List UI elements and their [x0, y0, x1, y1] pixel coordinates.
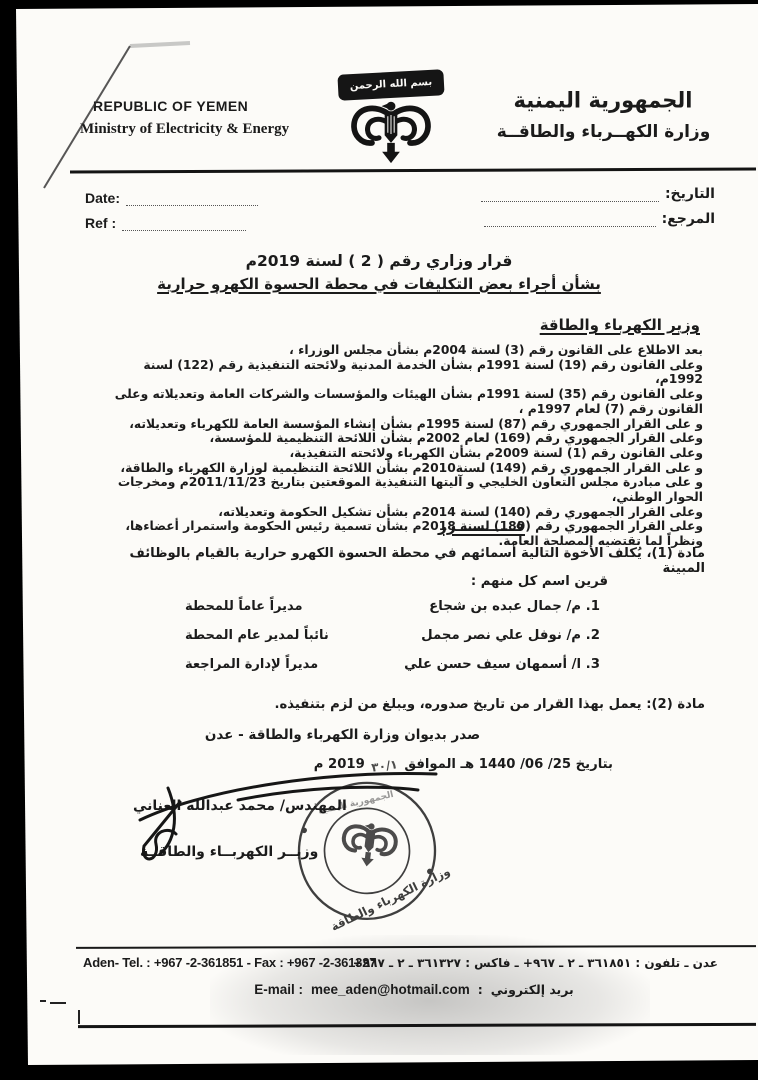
preamble-line: وعلى القرار الجمهوري رقم (140) لسنة 2014…	[95, 505, 703, 520]
preamble-line: وعلى القانون رقم (35) لسنة 1991م بشأن ال…	[95, 387, 703, 416]
preamble-line: و على مبادرة مجلس التعاون الخليجي و آليت…	[95, 475, 703, 504]
appointment-role: مديراً لإدارة المراجعة	[185, 657, 353, 672]
decree-title: قرار وزاري رقم ( 2 ) لسنة 2019م بشأن أجر…	[120, 252, 638, 293]
email-label-en: E-mail :	[254, 982, 303, 997]
appointment-name: 1. م/ جمال عبده بن شجاع	[353, 599, 600, 614]
preamble-line: و على القرار الجمهوري رقم (87) لسنة 1995…	[95, 417, 703, 432]
email-label-ar: بريد إلكتروني	[491, 982, 574, 997]
preamble-line: وعلى القانون رقم (19) لسنة 1991م بشأن ال…	[95, 358, 703, 387]
header-arabic-ministry: وزارة الكهــرباء والطاقــة	[491, 122, 716, 142]
footer-email-line: E-mail : mee_aden@hotmail.com : بريد إلك…	[180, 982, 648, 997]
preamble-line: وعلى القرار الجمهوري رقم (180) لسنة 2018…	[95, 519, 703, 534]
decision-word: قـــــــــــرر	[438, 517, 525, 535]
appointment-row: مديراً لإدارة المراجعة 3. ا/ أسمهان سيف …	[185, 657, 600, 686]
authority-heading: وزير الكهرباء والطاقة	[540, 316, 700, 334]
appointment-role: نائباً لمدير عام المحطة	[185, 628, 353, 643]
date-fill-line-ar	[481, 187, 659, 202]
document-page: REPUBLIC OF YEMEN Ministry of Electricit…	[0, 0, 758, 1080]
appointment-name: 2. م/ نوفل علي نصر مجمل	[353, 628, 600, 643]
scanned-document-screen: REPUBLIC OF YEMEN Ministry of Electricit…	[0, 0, 758, 1080]
preamble-line: بعد الاطلاع على القانون رقم (3) لسنة 200…	[95, 343, 703, 358]
decree-title-line1: قرار وزاري رقم ( 2 ) لسنة 2019م	[120, 252, 638, 270]
yemen-eagle-emblem	[345, 96, 437, 172]
scan-crease-artifact	[0, 0, 220, 220]
preamble-line: وعلى القانون رقم (1) لسنة 2009م بشأن الك…	[95, 446, 703, 461]
issued-place: صدر بديوان وزارة الكهرباء والطاقة - عدن	[200, 727, 485, 743]
footer-contact-arabic: عدن ـ تلفون : ٣٦١٨٥١ ـ ٢ ـ ٩٦٧+ ـ فاكس :…	[353, 956, 718, 970]
ref-label-ar: المرجع:	[662, 211, 715, 227]
scan-mark-artifact	[78, 1010, 80, 1024]
appointment-name: 3. ا/ أسمهان سيف حسن علي	[353, 657, 600, 672]
header-arabic-country: الجمهورية اليمنية	[498, 87, 708, 112]
appointment-role: مديراً عاماً للمحطة	[185, 599, 353, 614]
date-ref-arabic-block: التاريخ: المرجع:	[481, 186, 715, 227]
preamble-line: و على القرار الجمهوري رقم (149) لسنة2010…	[95, 461, 703, 476]
footer-contact-english: Aden- Tel. : +967 -2-361851 - Fax : +967…	[83, 955, 376, 970]
decree-title-line2: بشأن أجراء بعض التكليفات في محطة الحسوة …	[120, 275, 638, 293]
article1-text: مادة (1)، يُكلف الأخوة التالية أسمائهم ف…	[95, 546, 705, 576]
email-address: mee_aden@hotmail.com	[311, 982, 470, 997]
scan-mark-artifact	[50, 1002, 66, 1004]
preamble-list: بعد الاطلاع على القانون رقم (3) لسنة 200…	[95, 343, 703, 549]
minister-signature-scribble	[118, 748, 458, 878]
email-colon: :	[478, 982, 483, 997]
preamble-line: وعلى القرار الجمهوري رقم (169) لعام 2002…	[95, 431, 703, 446]
article1-text2: قرين اسم كل منهم :	[471, 574, 608, 589]
appointment-row: نائباً لمدير عام المحطة 2. م/ نوفل علي ن…	[185, 628, 600, 657]
appointments-list: مديراً عاماً للمحطة 1. م/ جمال عبده بن ش…	[185, 599, 600, 686]
appointment-row: مديراً عاماً للمحطة 1. م/ جمال عبده بن ش…	[185, 599, 600, 628]
ref-fill-line-ar	[484, 212, 656, 227]
article2-text: مادة (2): يعمل بهذا القرار من تاريخ صدور…	[95, 697, 705, 712]
date-label-ar: التاريخ:	[665, 186, 715, 202]
scan-mark-artifact	[40, 1000, 46, 1002]
